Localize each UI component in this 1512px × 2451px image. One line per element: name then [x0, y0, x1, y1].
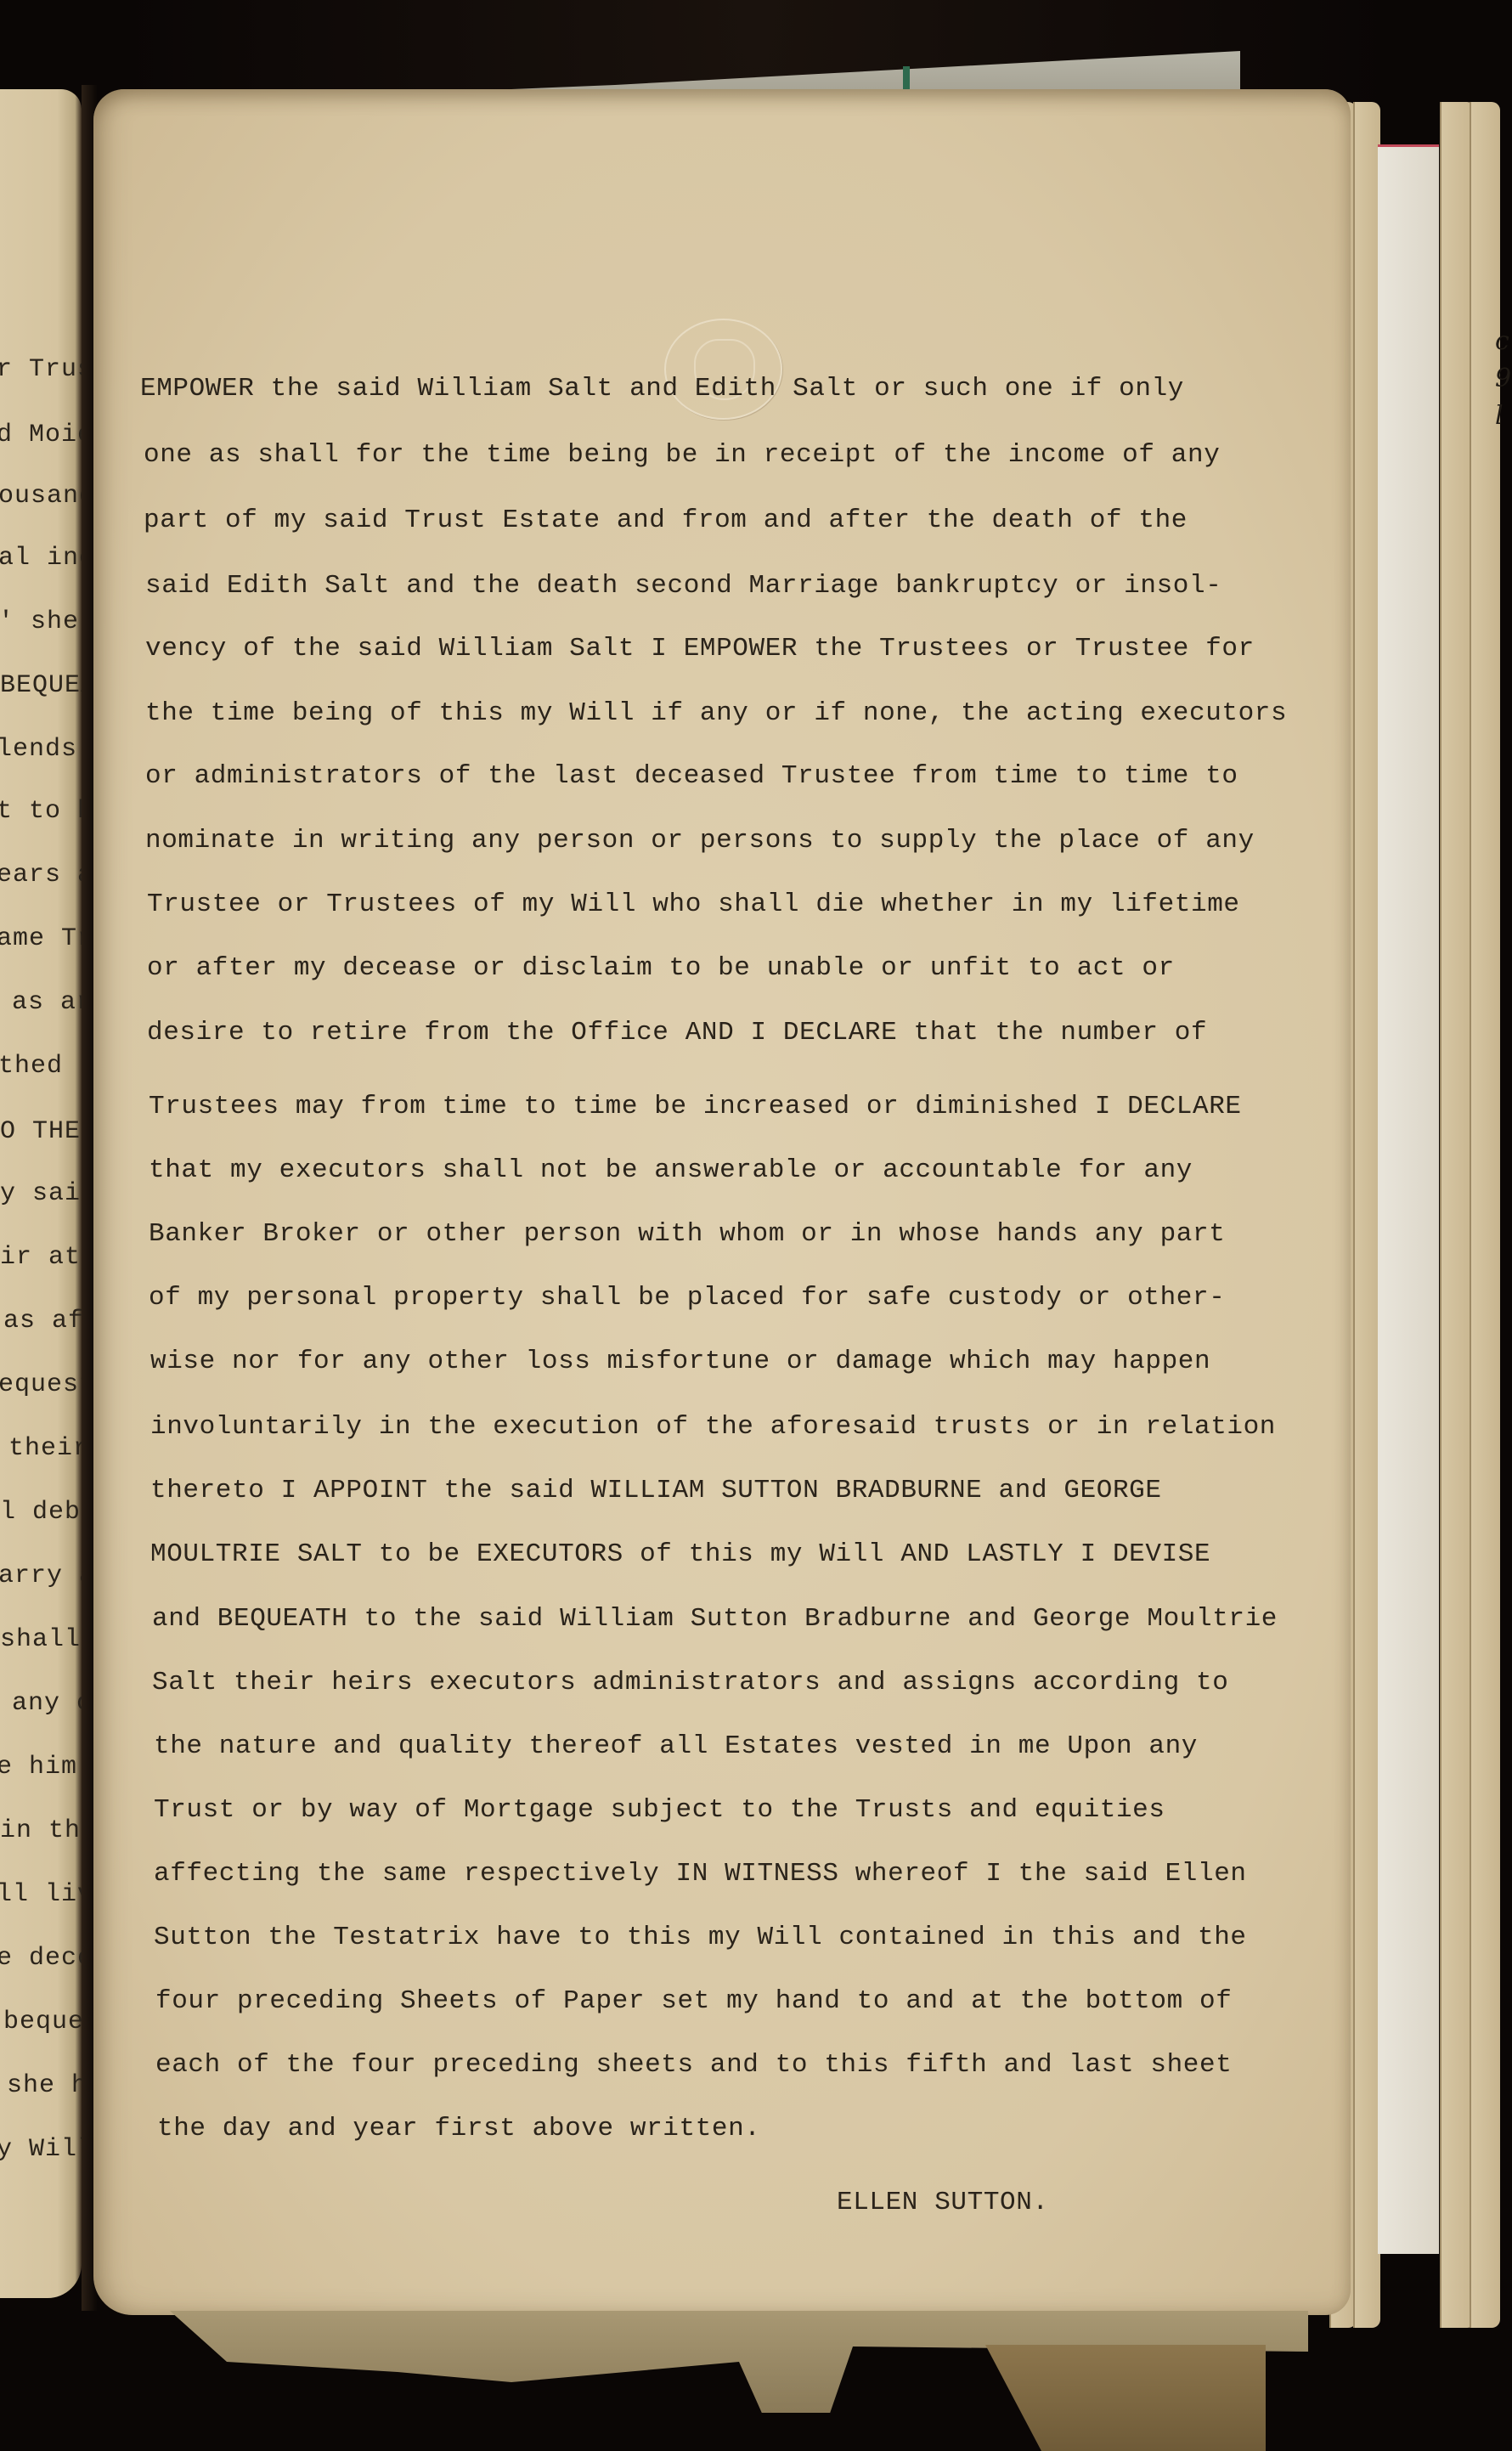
- page-edge: [1353, 102, 1380, 2328]
- left-page-fragment: as are: [12, 988, 82, 1017]
- text-line: desire to retire from the Office AND I D…: [147, 1018, 1207, 1048]
- left-page-fragment: ll live: [0, 1880, 82, 1909]
- left-page-fragment: bequest: [3, 2008, 82, 2036]
- document-page: [93, 89, 1351, 2315]
- text-line: Trust or by way of Mortgage subject to t…: [154, 1795, 1165, 1825]
- left-page-fragment: e him or: [0, 1753, 82, 1782]
- note-line: c: [1495, 323, 1511, 360]
- embossed-seal-icon: [664, 319, 782, 420]
- left-page-fragment: equest t: [0, 1370, 82, 1399]
- inserted-white-card: [1378, 144, 1439, 2254]
- tape-band: [903, 66, 910, 92]
- left-page-fragment: y said: [0, 1179, 82, 1208]
- text-line: part of my said Trust Estate and from an…: [144, 505, 1188, 535]
- left-page-fragment: al inco: [0, 544, 82, 573]
- text-line: vency of the said William Salt I EMPOWER…: [145, 634, 1255, 664]
- text-line: Trustees may from time to time be increa…: [149, 1092, 1242, 1121]
- text-line: EMPOWER the said William Salt and Edith …: [140, 374, 1184, 404]
- margin-handwritten-note: c 9 l: [1495, 323, 1511, 435]
- text-line: nominate in writing any person or person…: [145, 826, 1255, 856]
- left-page-fragment: e deceas: [0, 1944, 82, 1973]
- text-line: or administrators of the last deceased T…: [145, 761, 1238, 791]
- left-page-fragment: she had: [7, 2071, 82, 2100]
- left-page-fragment: ears abs: [0, 861, 82, 889]
- note-line: l: [1495, 398, 1511, 435]
- left-page-fragment: y Will I: [0, 2135, 82, 2164]
- left-page-fragment: arry and: [0, 1562, 82, 1590]
- left-page-fragment: their: [8, 1434, 82, 1463]
- left-page-fragment: shall be: [0, 1625, 82, 1654]
- text-line: affecting the same respectively IN WITNE…: [154, 1859, 1247, 1889]
- text-line: and BEQUEATH to the said William Sutton …: [152, 1604, 1278, 1634]
- testatrix-signature: ELLEN SUTTON.: [837, 2188, 1049, 2217]
- left-page-fragment: lends an: [0, 735, 82, 764]
- text-line: Trustee or Trustees of my Will who shall…: [147, 889, 1240, 919]
- text-line: wise nor for any other loss misfortune o…: [150, 1347, 1210, 1376]
- text-line: thereto I APPOINT the said WILLIAM SUTTO…: [150, 1476, 1162, 1505]
- left-page-fragment: ' she sh: [0, 607, 82, 636]
- text-line: Salt their heirs executors administrator…: [152, 1668, 1228, 1697]
- text-line: each of the four preceding sheets and to…: [155, 2050, 1232, 2080]
- left-page-fragment: as afor: [3, 1307, 82, 1336]
- text-line: one as shall for the time being be in re…: [144, 440, 1220, 470]
- left-page-fragment: O THE: [0, 1117, 81, 1146]
- text-line: MOULTRIE SALT to be EXECUTORS of this my…: [150, 1539, 1210, 1569]
- text-line: or after my decease or disclaim to be un…: [147, 953, 1175, 983]
- text-line: the time being of this my Will if any or…: [145, 698, 1287, 728]
- page-edge: [1470, 102, 1500, 2328]
- text-line: the nature and quality thereof all Estat…: [154, 1731, 1198, 1761]
- note-line: 9: [1495, 360, 1511, 398]
- left-page-fragment: r Trust: [0, 355, 82, 384]
- text-line: Sutton the Testatrix have to this my Wil…: [154, 1923, 1247, 1952]
- text-line: involuntarily in the execution of the af…: [150, 1412, 1276, 1442]
- left-page-fragment: ir atta: [0, 1243, 82, 1272]
- text-line: Banker Broker or other person with whom …: [149, 1219, 1225, 1249]
- left-page-fragment: thed In: [0, 1052, 82, 1081]
- left-page-fragment: BEQUEAT: [0, 671, 82, 700]
- left-page-fragment: in the a: [0, 1816, 82, 1845]
- left-page-fragment: any of: [12, 1689, 82, 1718]
- text-line: the day and year first above written.: [157, 2114, 761, 2143]
- left-page-fragment: t to be: [0, 797, 82, 826]
- text-line: of my personal property shall be placed …: [149, 1283, 1225, 1313]
- left-page-fragment: l debts: [0, 1498, 82, 1527]
- left-facing-page: r Trust d Moiet ousand al inco ' she sh …: [0, 89, 82, 2298]
- left-page-fragment: ame Trus: [0, 924, 82, 953]
- text-line: that my executors shall not be answerabl…: [149, 1155, 1193, 1185]
- left-page-fragment: ousand: [0, 482, 82, 511]
- text-line: said Edith Salt and the death second Mar…: [145, 571, 1221, 601]
- left-page-fragment: d Moiet: [0, 421, 82, 449]
- text-line: four preceding Sheets of Paper set my ha…: [155, 1986, 1232, 2016]
